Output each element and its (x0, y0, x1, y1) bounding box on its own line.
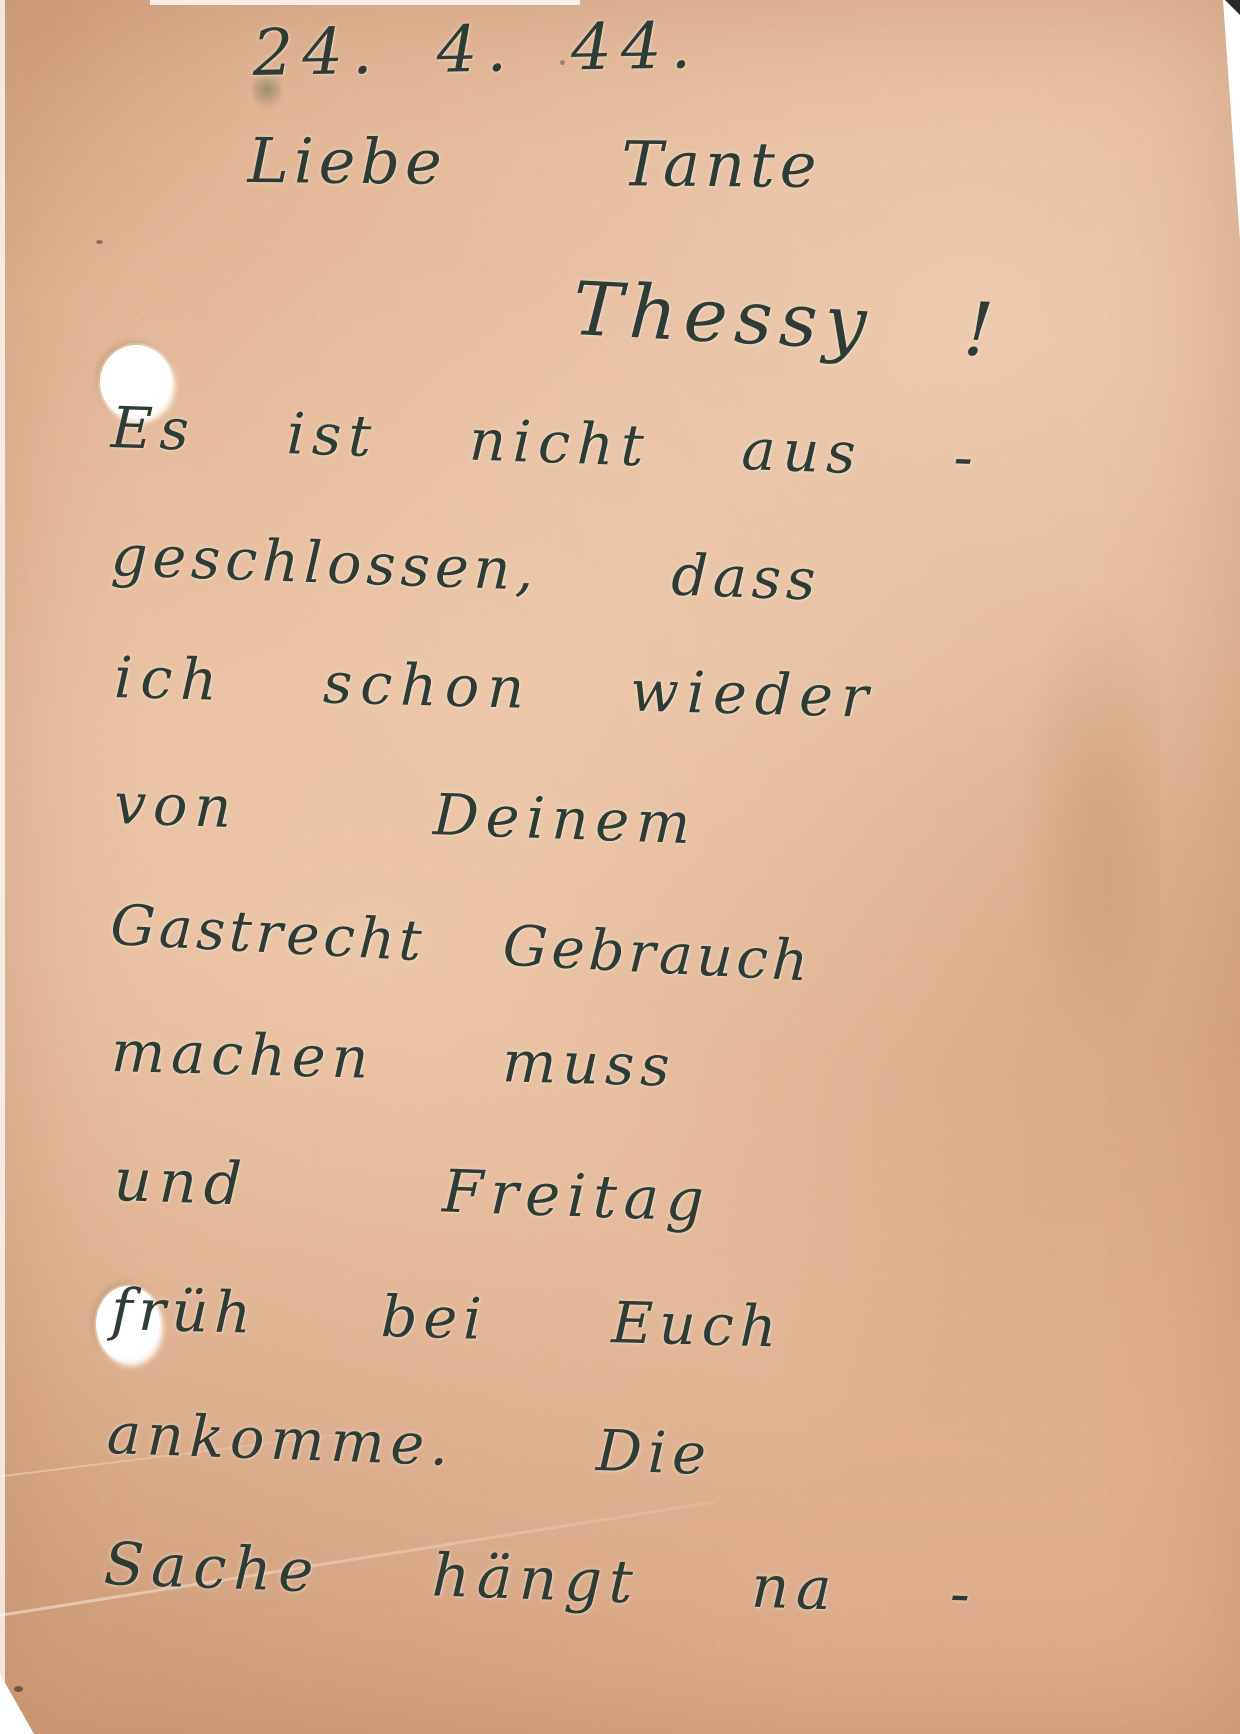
scan-edge-top (150, 0, 580, 5)
scanned-letter-page: 24. 4. 44. Liebe Tante Thessy ! Es ist n… (0, 0, 1240, 1734)
salutation-name-line: Thessy ! (571, 272, 1002, 368)
scan-edge-left (0, 0, 5, 1734)
salutation-line: Liebe Tante (247, 130, 821, 197)
date-line: 24. 4. 44. (252, 14, 700, 86)
body-line-8: früh bei Euch (111, 1282, 784, 1357)
body-line-6: machen muss (111, 1024, 677, 1096)
